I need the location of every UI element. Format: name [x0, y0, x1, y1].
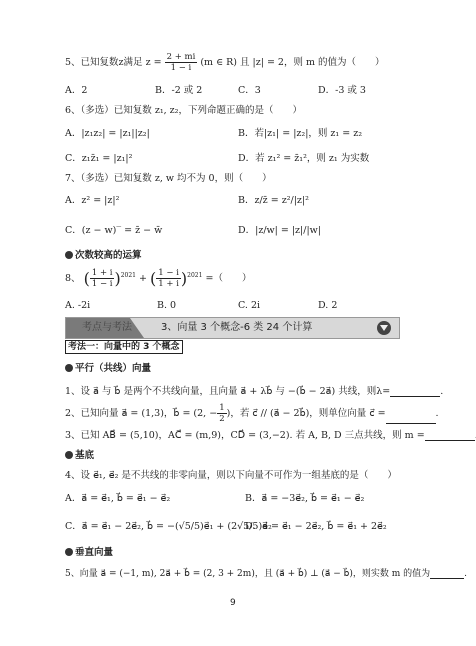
vector-question-1: 1、设 a⃗ 与 b⃗ 是两个不共线向量，且向量 a⃗ + λb⃗ 与 −(b⃗…: [65, 383, 443, 397]
question-6: 6、（多选）已知复数 z₁, z₂，下列命题正确的是（ ）: [65, 102, 302, 116]
section-heading-perpendicular: 垂直向量: [65, 544, 113, 558]
section-heading-parallel: 平行（共线）向量: [65, 360, 151, 374]
q7-option-a: A．z² = |z|²: [65, 192, 119, 206]
q8-label: 8、: [65, 273, 81, 284]
q8-option-b: B. 0: [157, 300, 176, 311]
question-5-complex: 5、已知复数z满足 z = 2 + mi 1 − i (m ∈ R) 且 |z|…: [65, 52, 385, 73]
vector-question-2: 2、已知向量 a⃗ = (1,3)，b⃗ = (2, −12)，若 c⃗ // …: [65, 403, 439, 424]
q8-tail: =（ ）: [205, 273, 251, 284]
q8-exp1: 2021: [121, 272, 136, 279]
q5-stem-post: (m ∈ R) 且 |z| = 2，则 m 的值为（ ）: [200, 57, 384, 68]
answer-blank: [430, 569, 464, 579]
heading-text: 基底: [75, 450, 94, 461]
chevron-down-icon: [377, 321, 391, 335]
section-heading-basis: 基底: [65, 447, 94, 461]
q5-option-d: D．-3 或 3: [318, 82, 366, 96]
method-label: 考法一：向量中的 3 个概念: [65, 340, 183, 354]
page-number: 9: [230, 598, 236, 608]
q8-frac1: 1 + i1 − i: [90, 268, 115, 289]
q5-fraction: 2 + mi 1 − i: [165, 52, 198, 73]
section-heading-higher-power: 次数较高的运算: [65, 247, 142, 261]
vq2-frac-num: 1: [217, 403, 226, 414]
vq4-option-d: D．a⃗ = e⃗₁ − 2e⃗₂, b⃗ = e⃗₁ + 2e⃗₂: [245, 518, 387, 532]
q8-option-d: D. 2: [318, 300, 337, 311]
q6-option-b: B．若|z₁| = |z₂|，则 z₁ = z₂: [238, 125, 362, 139]
vq2-fraction: 12: [217, 403, 226, 424]
heading-text: 次数较高的运算: [75, 250, 142, 261]
topic-banner: 考点与考法 3、向量 3 个概念-6 类 24 个计算: [65, 317, 400, 339]
q5-frac-num: 2 + mi: [165, 52, 198, 63]
heading-text: 垂直向量: [75, 547, 113, 558]
vector-question-5: 5、向量 a⃗ = (−1, m), 2a⃗ + b⃗ = (2, 3 + 2m…: [65, 566, 467, 579]
banner-tag: 考点与考法: [66, 318, 144, 338]
q8-frac2-num: 1 − i: [156, 268, 181, 279]
q7-option-b: B．z/z̄ = z²/|z|²: [238, 192, 309, 206]
answer-blank: [390, 387, 440, 397]
q8-frac1-den: 1 − i: [90, 279, 115, 289]
heading-text: 平行（共线）向量: [75, 363, 151, 374]
vq3-text: 3、已知 AB⃗ = (5,10)，AC⃗ = (m,9)，CD⃗ = (3,−…: [65, 430, 425, 441]
bullet-icon: [65, 251, 73, 259]
q8-frac2-den: 1 + i: [156, 279, 181, 289]
q5-option-a: A．2: [65, 82, 87, 96]
vector-question-3: 3、已知 AB⃗ = (5,10)，AC⃗ = (m,9)，CD⃗ = (3,−…: [65, 427, 476, 441]
q5-option-b: B．-2 或 2: [155, 82, 202, 96]
question-7: 7、（多选）已知复数 z, w 均不为 0，则（ ）: [65, 170, 272, 184]
q7-option-d: D．|z/w| = |z|/|w|: [238, 222, 321, 236]
q8-frac1-num: 1 + i: [90, 268, 115, 279]
bullet-icon: [65, 364, 73, 372]
bullet-icon: [65, 548, 73, 556]
vq2-pre: 2、已知向量 a⃗ = (1,3)，b⃗ = (2, −: [65, 408, 217, 419]
vq4-option-b: B．a⃗ = −3e⃗₂, b⃗ = e⃗₁ − e⃗₂: [245, 490, 364, 504]
q7-option-c: C．(z − w)‾ = z̄ − w̄: [65, 222, 162, 236]
banner-title: 3、向量 3 个概念-6 类 24 个计算: [161, 318, 312, 338]
vector-question-4: 4、设 e⃗₁, e⃗₂ 是不共线的非零向量，则以下向量不可作为一组基底的是（ …: [65, 467, 397, 481]
bullet-icon: [65, 451, 73, 459]
q8-frac2: 1 − i1 + i: [156, 268, 181, 289]
q5-stem-pre: 5、已知复数z满足 z =: [65, 57, 162, 68]
vq2-post: )，若 c⃗ // (a⃗ − 2b⃗)，则单位向量 c⃗ =: [227, 408, 386, 419]
q8-option-c: C. 2i: [238, 300, 260, 311]
q5-frac-den: 1 − i: [165, 63, 198, 73]
vq4-option-c: C．a⃗ = e⃗₁ − 2e⃗₂, b⃗ = −(√5/5)e⃗₁ + (2√…: [65, 518, 272, 532]
vq1-text: 1、设 a⃗ 与 b⃗ 是两个不共线向量，且向量 a⃗ + λb⃗ 与 −(b⃗…: [65, 386, 390, 397]
q5-option-c: C．3: [238, 82, 261, 96]
answer-blank: [425, 431, 475, 441]
q8-exp2: 2021: [187, 272, 202, 279]
q8-option-a: A. -2i: [65, 300, 90, 311]
vq2-frac-den: 2: [217, 414, 226, 424]
vq5-text: 5、向量 a⃗ = (−1, m), 2a⃗ + b⃗ = (2, 3 + 2m…: [65, 569, 430, 579]
q6-option-d: D．若 z₁² = z̄₁²，则 z₁ 为实数: [238, 150, 369, 164]
question-8: 8、 (1 + i1 − i)2021 + (1 − i1 + i)2021 =…: [65, 268, 251, 289]
vq4-option-a: A．a⃗ = e⃗₁, b⃗ = e⃗₁ − e⃗₂: [65, 490, 170, 504]
q6-option-c: C．z₁z̄₁ = |z₁|²: [65, 150, 132, 164]
q6-option-a: A．|z₁z₂| = |z₁||z₂|: [65, 125, 150, 139]
answer-blank: [386, 414, 436, 424]
